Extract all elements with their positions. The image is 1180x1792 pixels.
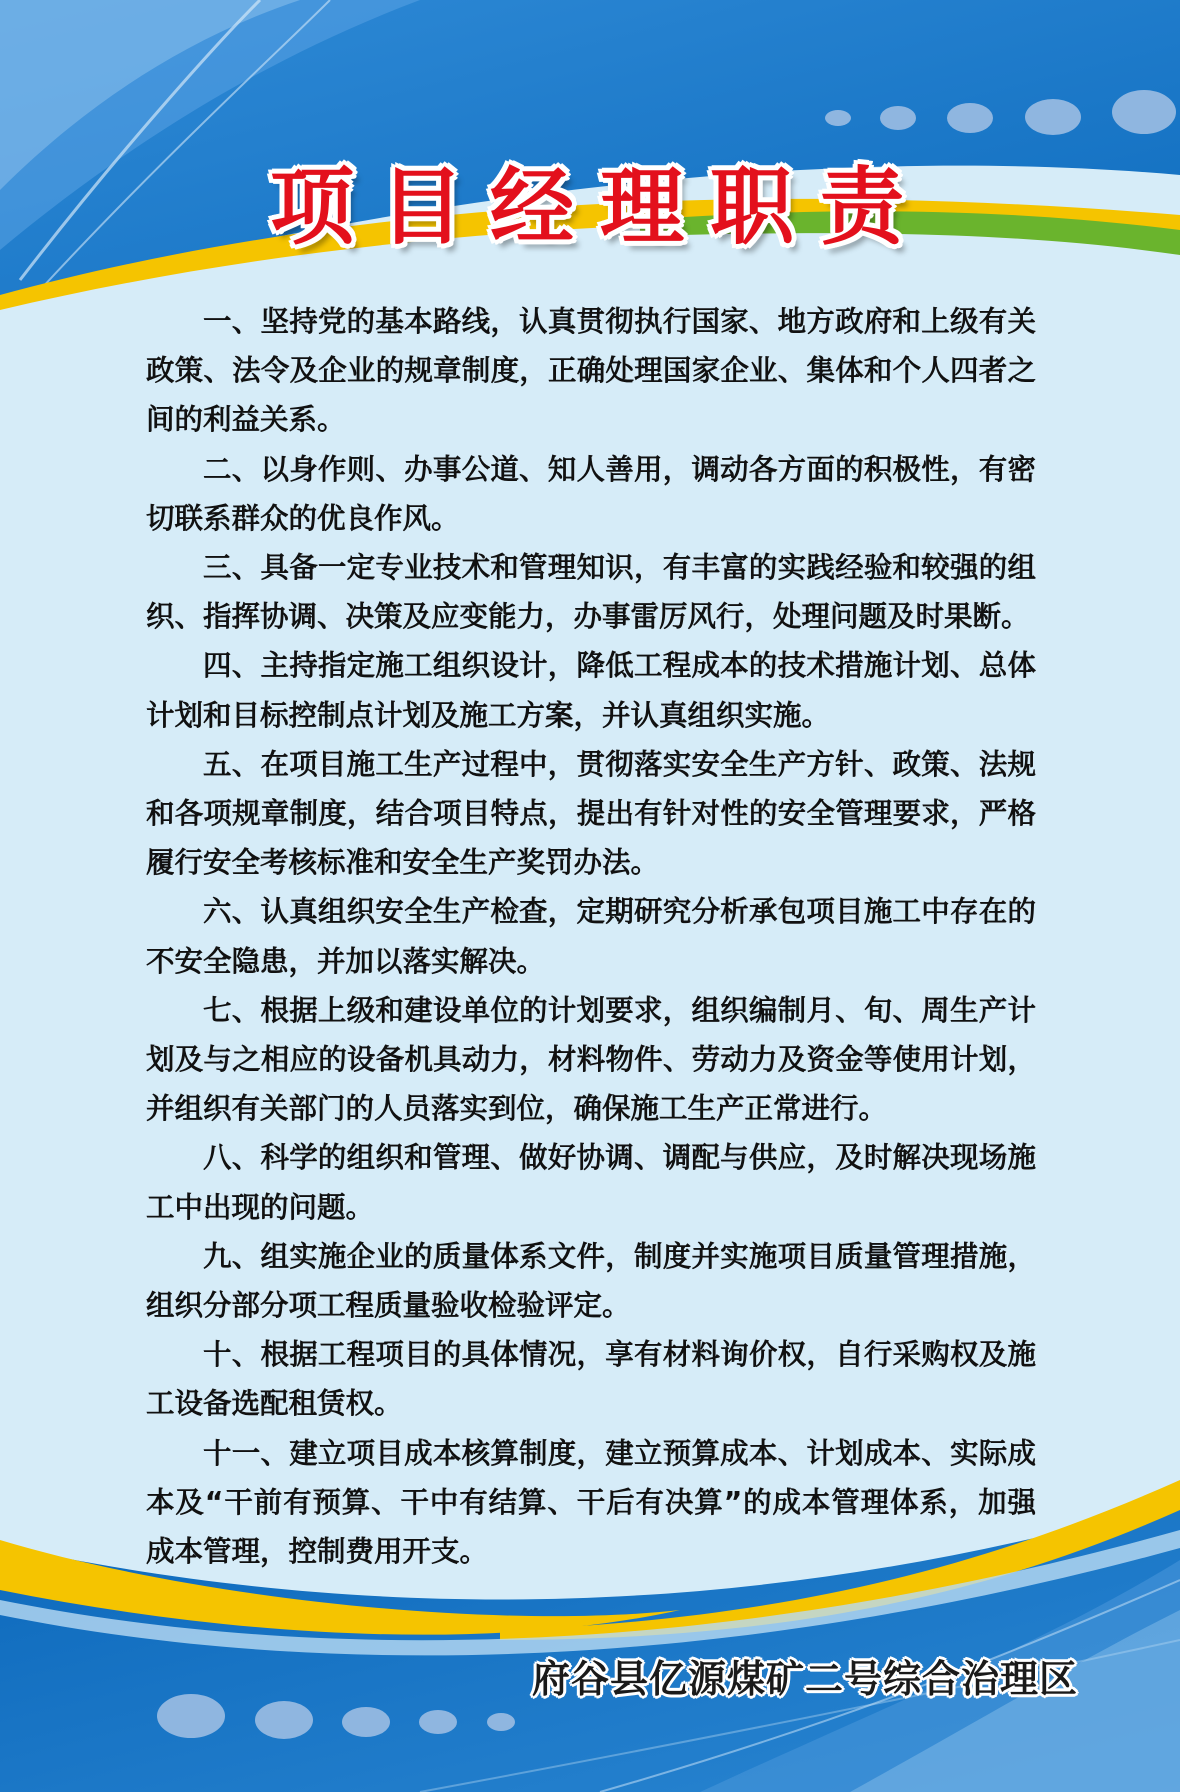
duty-item-5: 五、在项目施工生产过程中，贯彻落实安全生产方针、政策、法规和各项规章制度，结合项… <box>146 740 1036 888</box>
organization-name: 府谷县亿源煤矿二号综合治理区 <box>532 1648 1078 1703</box>
duty-item-7: 七、根据上级和建设单位的计划要求，组织编制月、旬、周生产计划及与之相应的设备机具… <box>146 986 1036 1134</box>
duty-item-11: 十一、建立项目成本核算制度，建立预算成本、计划成本、实际成本及“干前有预算、干中… <box>146 1429 1036 1577</box>
duty-item-3: 三、具备一定专业技术和管理知识，有丰富的实践经验和较强的组织、指挥协调、决策及应… <box>146 543 1036 641</box>
duties-list: 一、坚持党的基本路线，认真贯彻执行国家、地方政府和上级有关政策、法令及企业的规章… <box>146 297 1036 1576</box>
duty-item-1: 一、坚持党的基本路线，认真贯彻执行国家、地方政府和上级有关政策、法令及企业的规章… <box>146 297 1036 445</box>
duty-item-6: 六、认真组织安全生产检查，定期研究分析承包项目施工中存在的不安全隐患，并加以落实… <box>146 887 1036 985</box>
duty-item-4: 四、主持指定施工组织设计，降低工程成本的技术措施计划、总体计划和目标控制点计划及… <box>146 641 1036 739</box>
duty-item-2: 二、以身作则、办事公道、知人善用，调动各方面的积极性，有密切联系群众的优良作风。 <box>146 445 1036 543</box>
duty-item-10: 十、根据工程项目的具体情况，享有材料询价权，自行采购权及施工设备选配租赁权。 <box>146 1330 1036 1428</box>
poster-title: 项目经理职责 <box>0 140 1180 261</box>
duty-item-8: 八、科学的组织和管理、做好协调、调配与供应，及时解决现场施工中出现的问题。 <box>146 1133 1036 1231</box>
duty-item-9: 九、组实施企业的质量体系文件，制度并实施项目质量管理措施，组织分部分项工程质量验… <box>146 1232 1036 1330</box>
